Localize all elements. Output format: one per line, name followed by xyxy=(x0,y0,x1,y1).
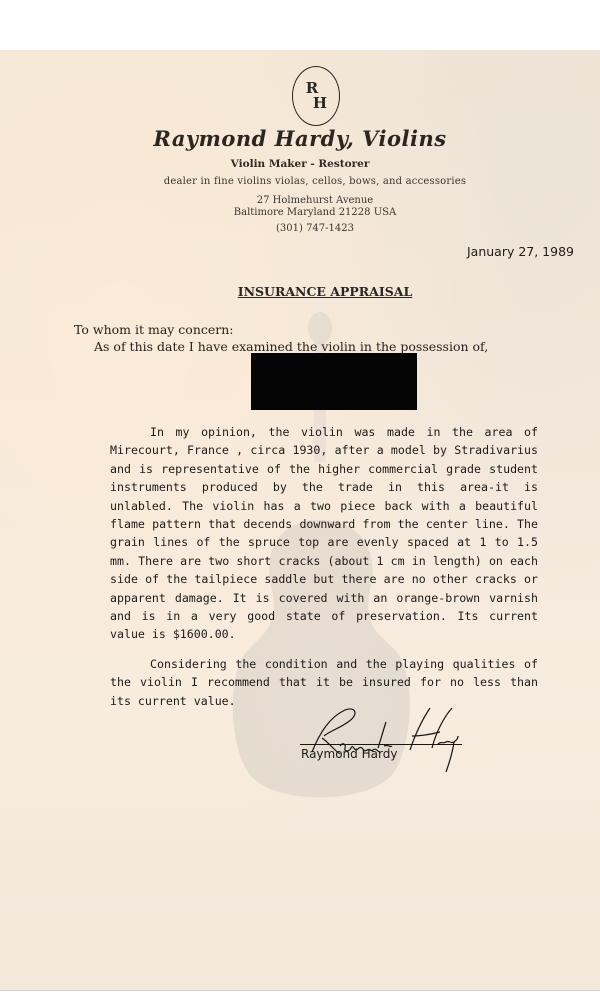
intro-line: As of this date I have examined the viol… xyxy=(94,339,488,354)
salutation: To whom it may concern: xyxy=(74,322,234,337)
signature-line xyxy=(300,744,462,745)
monogram-logo: R H xyxy=(292,66,340,126)
company-name: Raymond Hardy, Violins xyxy=(0,126,600,151)
address-line-2: Baltimore Maryland 21228 USA xyxy=(0,206,600,219)
handwritten-signature-icon xyxy=(300,702,470,772)
signer-printed-name: Raymond Hardy xyxy=(301,747,397,761)
monogram-h: H xyxy=(313,96,327,111)
dealer-line: dealer in fine violins violas, cellos, b… xyxy=(0,176,600,187)
redacted-owner-name xyxy=(251,353,417,410)
phone-number: (301) 747-1423 xyxy=(0,222,600,235)
letter-date: January 27, 1989 xyxy=(467,244,574,259)
appraisal-paragraph: In my opinion, the violin was made in th… xyxy=(110,423,538,644)
recommendation-paragraph-text: Considering the condition and the playin… xyxy=(110,657,538,708)
appraisal-paragraph-text: In my opinion, the violin was made in th… xyxy=(110,425,538,641)
company-subtitle: Violin Maker - Restorer xyxy=(0,158,600,170)
letter-page: R H Raymond Hardy, Violins Violin Maker … xyxy=(0,50,600,990)
document-heading: INSURANCE APPRAISAL xyxy=(0,284,600,299)
